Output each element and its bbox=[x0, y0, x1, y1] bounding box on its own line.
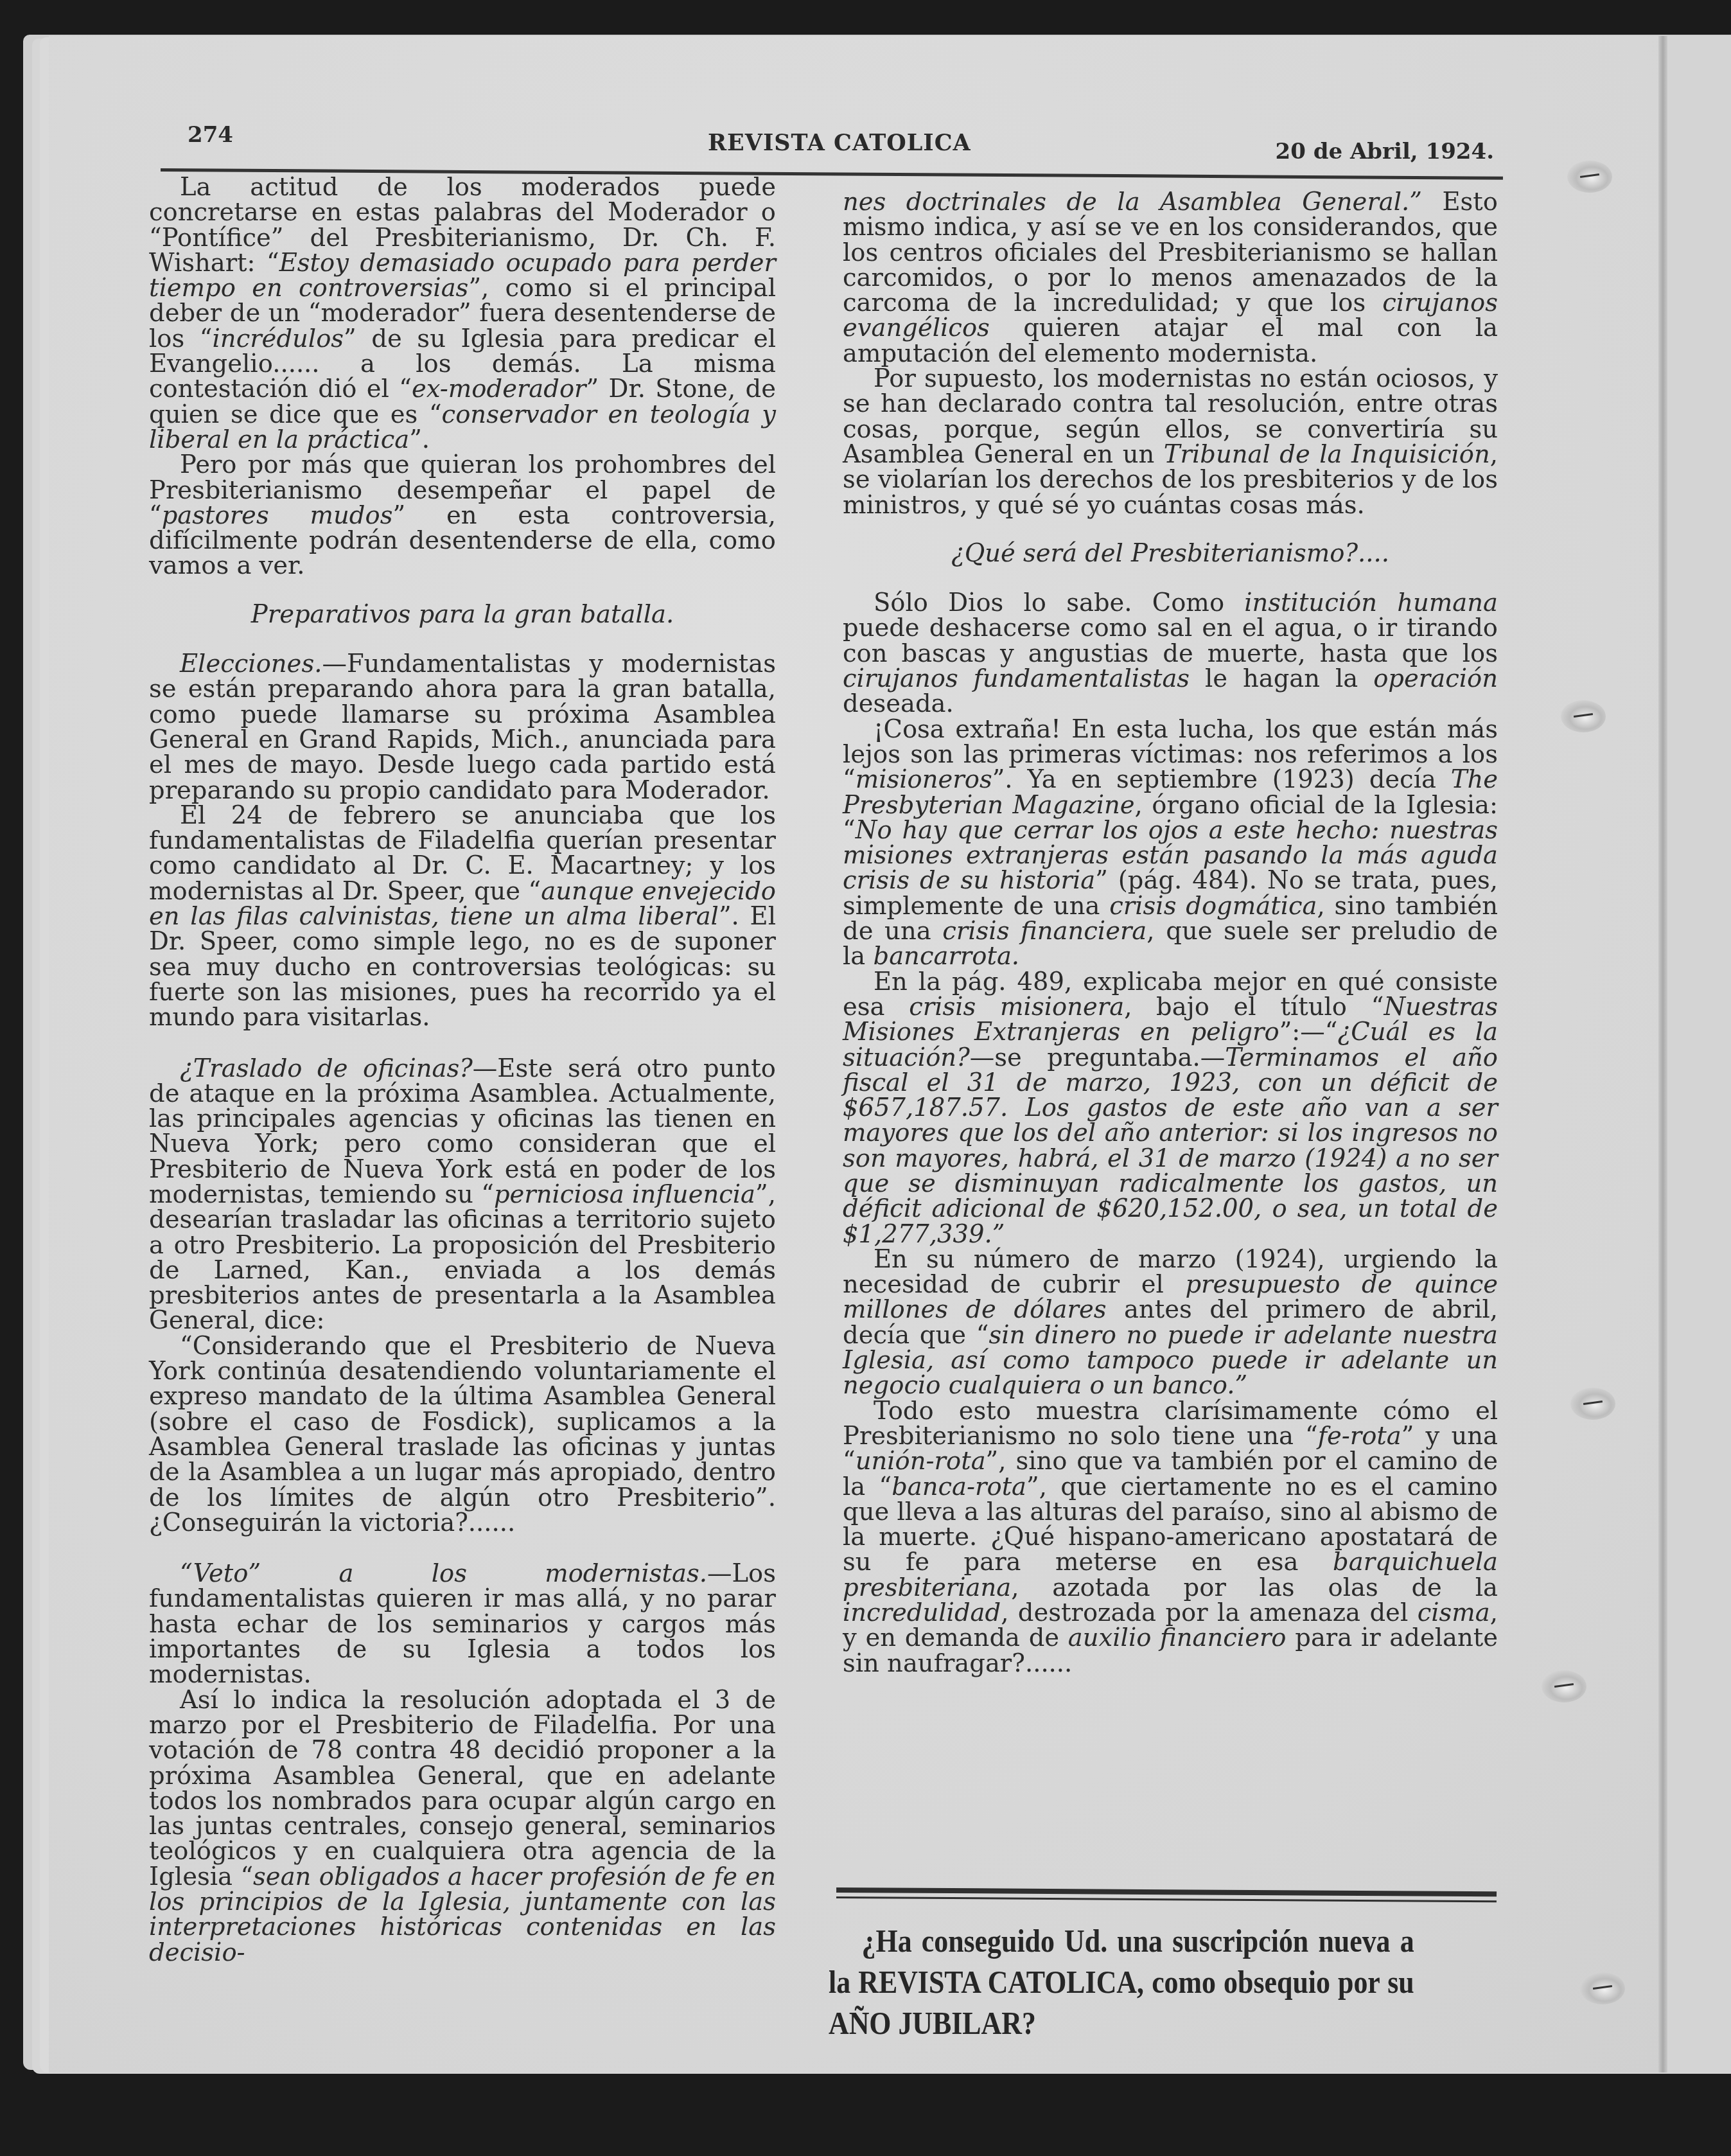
left-column: La actitud de los moderados puede concre… bbox=[149, 175, 776, 1965]
paragraph: Pero por más que quieran los prohombres … bbox=[149, 452, 776, 578]
promo-jubilee: AÑO JUBILAR? bbox=[829, 2006, 1036, 2042]
section-subheading: Preparativos para la gran batalla. bbox=[149, 602, 776, 627]
staple-hole-mark bbox=[1570, 1388, 1615, 1420]
paragraph: Todo esto muestra clarísimamente cómo el… bbox=[843, 1399, 1498, 1676]
paragraph: ¿Traslado de oficinas?—Este será otro pu… bbox=[149, 1056, 776, 1334]
running-head: 274 REVISTA CATOLICA 20 de Abril, 1924. bbox=[188, 122, 1494, 161]
section-subheading: ¿Qué será del Presbiterianismo?.... bbox=[843, 541, 1498, 566]
paragraph: “Veto” a los modernistas.—Los fundamenta… bbox=[149, 1561, 776, 1687]
paragraph: Elecciones.—Fundamentalistas y modernist… bbox=[149, 651, 776, 803]
paragraph: En su número de marzo (1924), urgiendo l… bbox=[843, 1247, 1498, 1399]
issue-date: 20 de Abril, 1924. bbox=[1276, 139, 1494, 164]
paragraph: La actitud de los moderados puede concre… bbox=[149, 175, 776, 452]
subscription-promo: ¿Ha conseguido Ud. una suscripción nueva… bbox=[829, 1921, 1414, 2044]
paragraph: Así lo indica la resolución adoptada el … bbox=[149, 1688, 776, 1965]
right-column: nes doctrinales de la Asamblea General.”… bbox=[843, 190, 1498, 1676]
paragraph: ¡Cosa extraña! En esta lucha, los que es… bbox=[843, 717, 1498, 969]
staple-hole-mark bbox=[1542, 1670, 1586, 1702]
page-fold bbox=[1658, 36, 1667, 2072]
paragraph: El 24 de febrero se anunciaba que los fu… bbox=[149, 803, 776, 1030]
paragraph: En la pág. 489, explicaba mejor en qué c… bbox=[843, 969, 1498, 1247]
page-number: 274 bbox=[188, 122, 233, 148]
adjacent-page-edge bbox=[1667, 36, 1731, 2072]
paragraph: Por supuesto, los modernistas no están o… bbox=[843, 366, 1498, 518]
thin-rule bbox=[836, 1896, 1497, 1902]
staple-hole-mark bbox=[1561, 700, 1606, 732]
staple-hole-mark bbox=[1567, 161, 1612, 193]
promo-publication-name: REVISTA CATOLICA bbox=[858, 1965, 1137, 2001]
paragraph: nes doctrinales de la Asamblea General.”… bbox=[843, 190, 1498, 366]
block-quote: “Considerando que el Presbiterio de Nuev… bbox=[149, 1334, 776, 1535]
publication-title: REVISTA CATOLICA bbox=[708, 130, 971, 156]
staple-hole-mark bbox=[1580, 1972, 1625, 2004]
paragraph: Sólo Dios lo sabe. Como institución huma… bbox=[843, 590, 1498, 716]
